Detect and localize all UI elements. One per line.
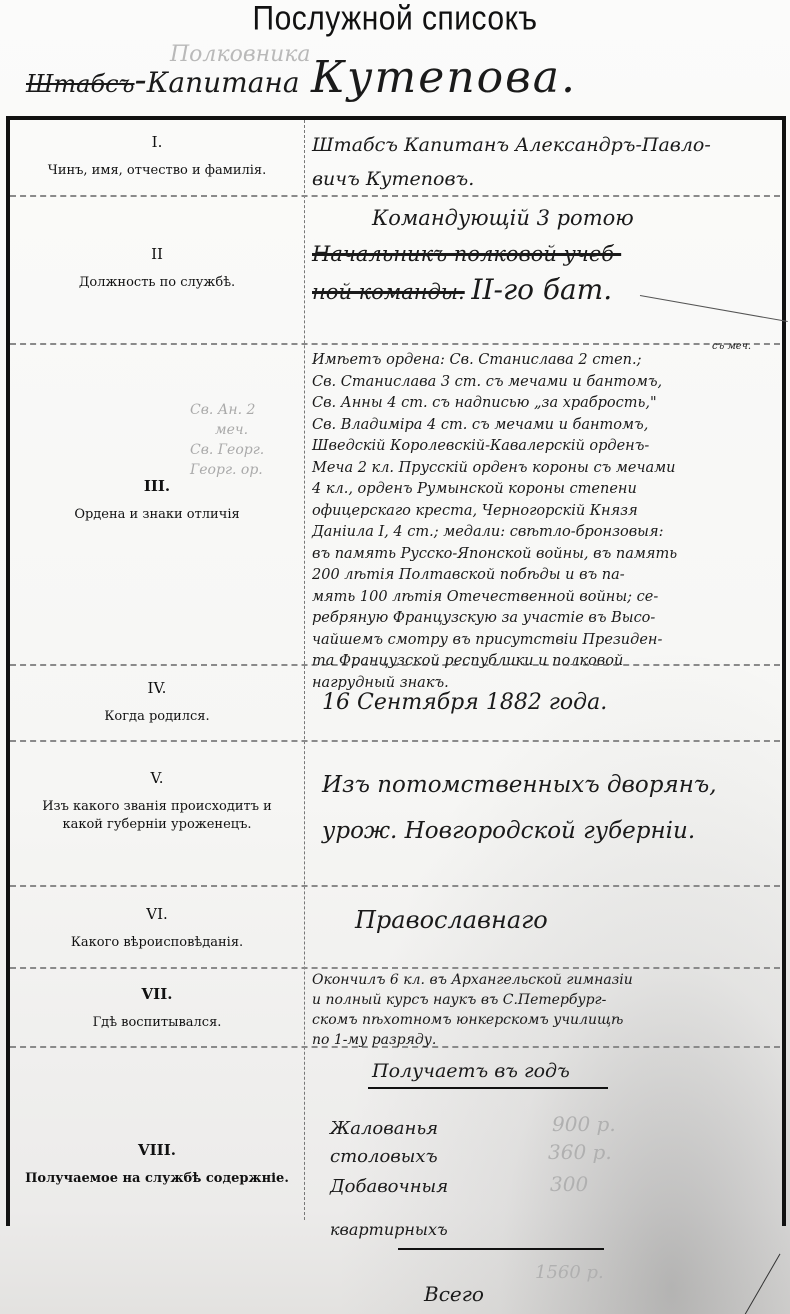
section-value-1: Штабсъ Капитанъ Александръ-Павло- вичъ К… xyxy=(312,128,780,196)
orders-line: мять 100 лѣтія Отечественной войны; се- xyxy=(312,587,780,609)
salary-total-amount: 1560 р. xyxy=(535,1262,604,1283)
row-divider xyxy=(10,967,780,969)
section-value-3: Имѣетъ ордена: Св. Станислава 2 степ.;Св… xyxy=(312,350,780,694)
section-value-4: 16 Сентября 1882 года. xyxy=(322,686,790,720)
struck-value-text: ной команды. xyxy=(312,280,465,304)
salary-item-label: Жалованья xyxy=(330,1118,438,1139)
salary-heading-underline xyxy=(368,1087,608,1089)
salary-item-amount: 360 р. xyxy=(548,1140,612,1164)
subject-struck-prefix: Штабсъ xyxy=(26,70,135,98)
subject-line: Штабсъ-Капитана Кутепова. xyxy=(26,52,577,103)
column-divider xyxy=(304,120,305,1220)
section-value-5: Изъ потомственныхъ дворянъ, урож. Новгор… xyxy=(322,762,790,854)
section-label-4: IV. Когда родился. xyxy=(10,678,304,726)
subject-rank: Капитана xyxy=(147,66,300,99)
section-label-5: V. Изъ какого званія происходитъ и какой… xyxy=(10,768,304,833)
section-label-2: II Должность по службѣ. xyxy=(10,244,304,292)
orders-line: 200 лѣтія Полтавской побѣды и въ па- xyxy=(312,565,780,587)
orders-line: Св. Анны 4 ст. съ надписью „за храбрость… xyxy=(312,393,780,415)
section-value-7: Окончилъ 6 кл. въ Архангельской гимназіи… xyxy=(312,970,780,1050)
pencil-note-orders: Св. Ан. 2 меч. Св. Георг. Георг. ор. xyxy=(190,400,264,480)
section-label-6: VI. Какого вѣроисповѣданія. xyxy=(10,904,304,952)
orders-line: въ память Русско-Японской войны, въ памя… xyxy=(312,544,780,566)
section-label-7: VII. Гдѣ воспитывался. xyxy=(10,984,304,1032)
salary-heading: Получаетъ въ годъ xyxy=(372,1060,570,1082)
salary-item-amount: 900 р. xyxy=(552,1112,616,1136)
salary-total-label: Всего xyxy=(424,1282,484,1306)
section-label-8: VIII. Получаемое на службѣ содержніе. xyxy=(10,1140,304,1188)
orders-line: чайшемъ смотру въ присутствіи Президен- xyxy=(312,630,780,652)
orders-line: Шведскій Королевскій-Кавалерскій орденъ- xyxy=(312,436,780,458)
section-label-1: I. Чинъ, имя, отчество и фамилія. xyxy=(10,132,304,180)
section-value-6: Православнаго xyxy=(355,906,790,934)
orders-line: та Французской республики и полковой xyxy=(312,651,780,673)
orders-line: ребряную Французскую за участіе въ Высо- xyxy=(312,608,780,630)
orders-line: 4 кл., орденъ Румынской короны степени xyxy=(312,479,780,501)
orders-line: Св. Станислава 3 ст. съ мечами и бантомъ… xyxy=(312,372,780,394)
row-divider xyxy=(10,740,780,742)
battalion-text: II-го бат. xyxy=(471,273,612,306)
orders-line: Имѣетъ ордена: Св. Станислава 2 степ.; xyxy=(312,350,780,372)
salary-item-label: Добавочныя xyxy=(330,1176,448,1197)
row-divider xyxy=(10,885,780,887)
row-divider xyxy=(10,343,780,345)
section-label-3: III. Ордена и знаки отличія xyxy=(10,476,304,524)
subject-surname: Кутепова. xyxy=(311,52,577,103)
salary-total-underline xyxy=(398,1248,604,1250)
salary-item-amount: 300 xyxy=(550,1172,588,1196)
salary-item-label: квартирныхъ xyxy=(330,1220,448,1239)
orders-line: Св. Владиміра 4 ст. съ мечами и бантомъ, xyxy=(312,415,780,437)
orders-line: Даніила I, 4 ст.; медали: свѣтло-бронзов… xyxy=(312,522,780,544)
orders-line: офицерскаго креста, Черногорскій Князя xyxy=(312,501,780,523)
document-title: Послужной списокъ xyxy=(0,0,790,39)
orders-line: Меча 2 кл. Прусскій орденъ короны съ меч… xyxy=(312,458,780,480)
salary-item-label: столовыхъ xyxy=(330,1146,438,1167)
section-value-2: Командующій 3 ротою Начальникъ полковой … xyxy=(312,200,780,310)
